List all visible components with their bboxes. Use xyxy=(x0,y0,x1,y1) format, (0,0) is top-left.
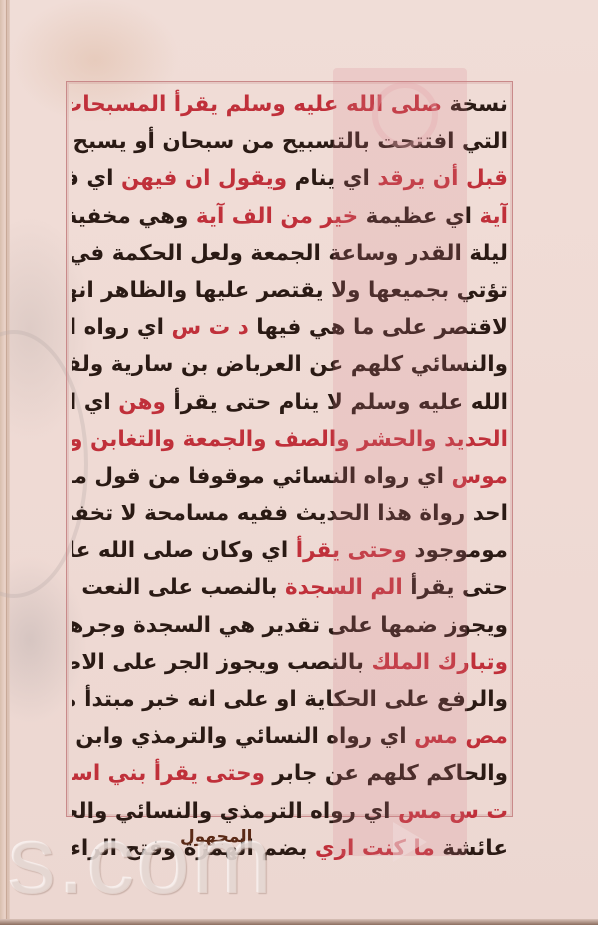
watermark-overlay-block xyxy=(333,68,467,856)
rubric-text: وحتى يقرأ بني اسرائيل والزمر xyxy=(72,761,265,786)
body-text: اي رواه ابو داود والترمذي xyxy=(72,315,171,340)
rubric-text: ويقول ان فيهن xyxy=(121,166,287,191)
rubric-text: د ت س xyxy=(171,315,248,340)
rubric-text: وهن xyxy=(118,390,166,415)
body-text: وهي مخفية مبهمة كاخفاء xyxy=(72,204,196,229)
watermark-text: s.com xyxy=(8,806,274,916)
rubric-text: آية xyxy=(480,204,508,229)
body-text: اي المسبحات xyxy=(72,390,118,415)
body-text: بالنصب ويجوز الجر على الاضافة xyxy=(72,650,371,675)
play-icon xyxy=(393,822,427,862)
body-text: بالنصب على النعت او البدل xyxy=(72,575,285,600)
page-bottom-edge xyxy=(0,919,598,925)
watermark-logo-icon xyxy=(372,82,438,148)
body-text: اي وكان صلى الله عليه وسلم لا ينام xyxy=(72,538,296,563)
body-text: اي في السور المسبحات xyxy=(72,166,121,191)
